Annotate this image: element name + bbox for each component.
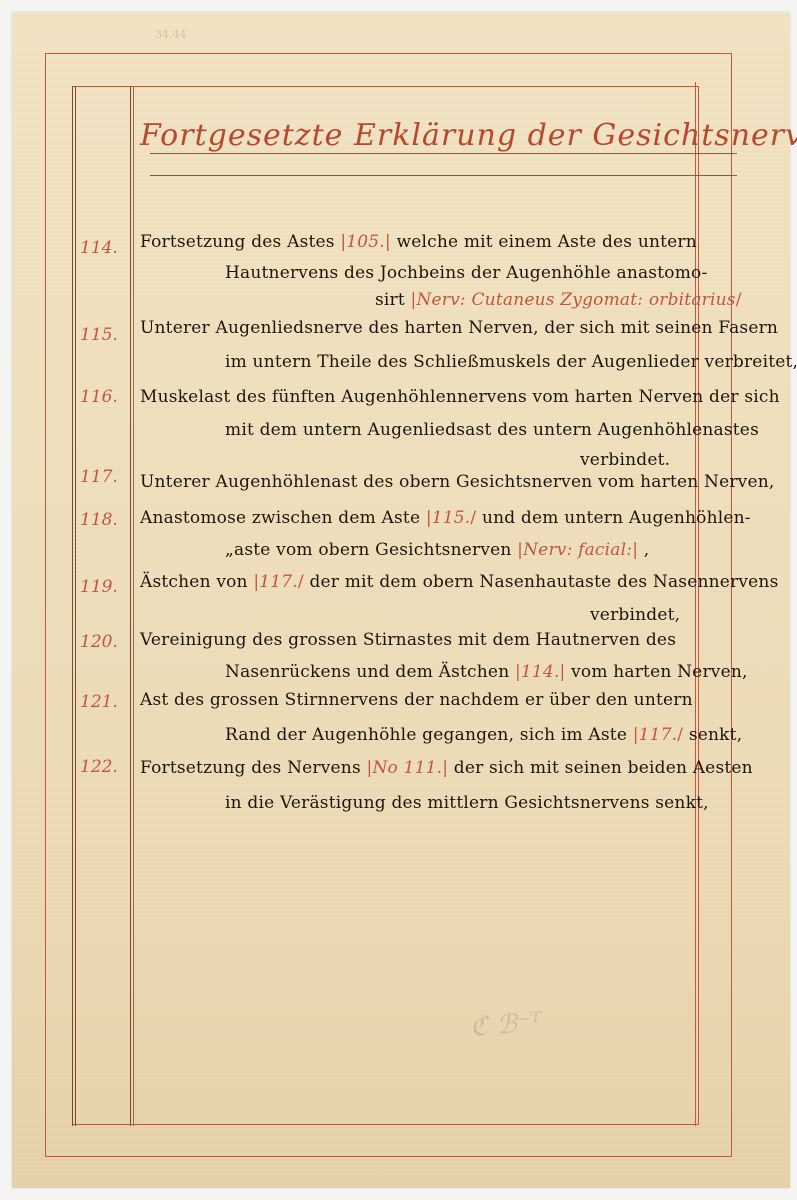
entry-line: Muskelast des fünften Augenhöhlennervens… [140, 387, 780, 407]
inner-frame-left-rule-2 [75, 86, 76, 1126]
entry-number: 118. [80, 510, 128, 530]
cross-reference: 115. [432, 508, 471, 528]
latin-nerve-name: Nerv: facial: [523, 540, 632, 560]
page-title: Fortgesetzte Erklärung der Gesichtsnerve… [140, 118, 797, 153]
entry-line: im untern Theile des Schließmuskels der … [225, 352, 797, 372]
margin-column-rule [130, 86, 131, 1126]
cross-reference: 117. [639, 725, 678, 745]
title-ruling-lower [150, 175, 737, 176]
entry-number: 122. [80, 757, 128, 777]
cross-reference: 117. [259, 572, 298, 592]
title-ruling-upper [150, 153, 737, 154]
entry-line: in die Verästigung des mittlern Gesichts… [225, 793, 709, 813]
entry-line: sirt |Nerv: Cutaneus Zygomat: orbitarius… [375, 290, 742, 310]
entry-number: 117. [80, 467, 128, 487]
entry-line: verbindet. [580, 450, 670, 470]
faint-pencil-sketch: ℭ ℬ⁻ᵀ [469, 1008, 543, 1043]
entry-line: Hautnervens des Jochbeins der Augenhöhle… [225, 263, 707, 283]
entry-line: Unterer Augenhöhlenast des obern Gesicht… [140, 472, 774, 492]
page-title-block: Fortgesetzte Erklärung der Gesichtsnerve… [140, 100, 700, 180]
entry-line: Fortsetzung des Astes |105.| welche mit … [140, 232, 697, 252]
inner-frame-left-rule [72, 86, 73, 1126]
entry-line: Nasenrückens und dem Ästchen |114.| vom … [225, 662, 748, 682]
entry-number: 114. [80, 238, 128, 258]
entry-line: Ast des grossen Stirnnervens der nachdem… [140, 690, 693, 710]
entry-line: mit dem untern Augenliedsast des untern … [225, 420, 759, 440]
entry-number: 116. [80, 387, 128, 407]
entry-line: Vereinigung des grossen Stirnastes mit d… [140, 630, 676, 650]
margin-column-rule-2 [133, 86, 134, 1126]
catalog-pencil-mark: 34.44 [155, 28, 187, 41]
entry-line: Rand der Augenhöhle gegangen, sich im As… [225, 725, 742, 745]
cross-reference: 105. [346, 232, 385, 252]
cross-reference: 114. [521, 662, 560, 682]
entry-line: Ästchen von |117./ der mit dem obern Nas… [140, 572, 779, 592]
entry-line: verbindet, [590, 605, 680, 625]
entry-line: Fortsetzung des Nervens |No 111.| der si… [140, 758, 753, 778]
entry-number: 115. [80, 325, 128, 345]
entry-number: 121. [80, 692, 128, 712]
entry-number: 119. [80, 577, 128, 597]
entry-line: Anastomose zwischen dem Aste |115./ und … [140, 508, 751, 528]
entry-number: 120. [80, 632, 128, 652]
cross-reference: No 111. [372, 758, 442, 778]
entry-line: Unterer Augenliedsnerve des harten Nerve… [140, 318, 778, 338]
entry-line: „aste vom obern Gesichtsnerven |Nerv: fa… [225, 540, 649, 560]
latin-nerve-name: Nerv: Cutaneus Zygomat: orbitarius [416, 290, 735, 310]
